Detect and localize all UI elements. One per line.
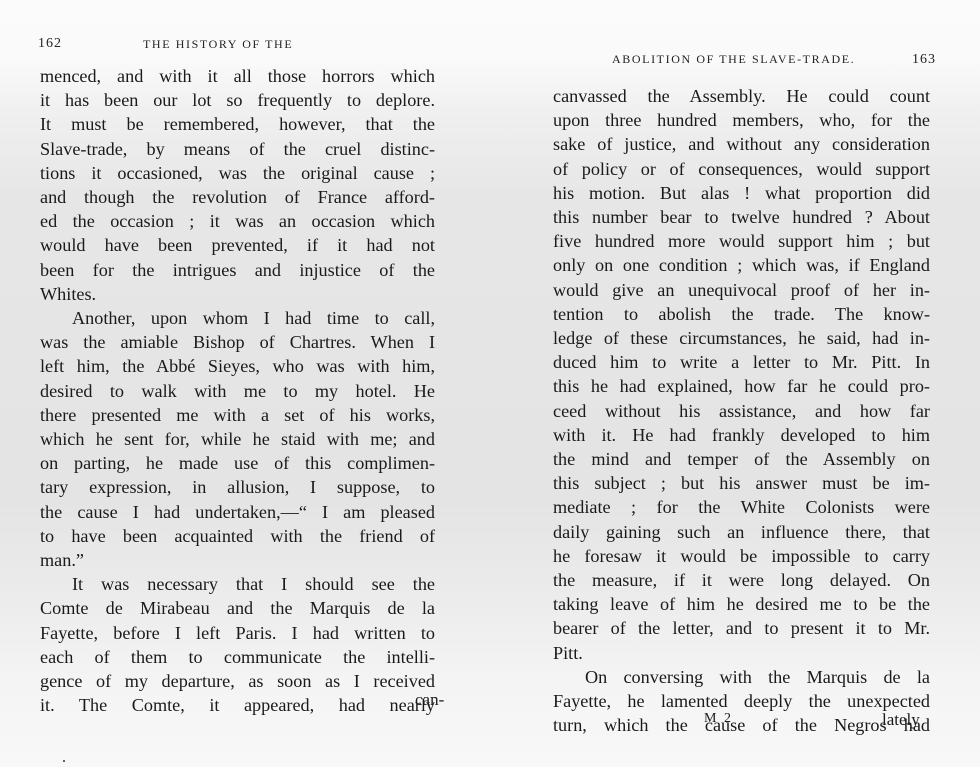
body-text: canvassed the Assembly. He could count u…: [553, 84, 930, 737]
running-head: THE HISTORY OF THE: [143, 37, 293, 52]
text-line: the measure, if it were long delayed. On: [553, 568, 930, 592]
catchword: can-: [415, 690, 444, 710]
text-line: Fayette, he lamented deeply the unexpect…: [553, 689, 930, 713]
text-line: ceed without his assistance, and how far: [553, 399, 930, 423]
text-line: five hundred more would support him ; bu…: [553, 229, 930, 253]
text-line: It must be remembered, however, that the: [40, 112, 435, 136]
text-line: menced, and with it all those horrors wh…: [40, 64, 435, 88]
text-line: desired to walk with me to my hotel. He: [40, 379, 435, 403]
text-line: taking leave of him he desired me to be …: [553, 592, 930, 616]
text-line: tention to abolish the trade. The know-: [553, 302, 930, 326]
text-line: the cause I had undertaken,—“ I am pleas…: [40, 500, 435, 524]
text-line: man.”: [40, 548, 435, 572]
text-line: ledge of these circumstances, he said, h…: [553, 326, 930, 350]
left-page: 162 THE HISTORY OF THE menced, and with …: [0, 0, 480, 767]
text-line: only on one condition ; which was, if En…: [553, 253, 930, 277]
text-line: sake of justice, and without any conside…: [553, 132, 930, 156]
text-line: there presented me with a set of his wor…: [40, 403, 435, 427]
text-line: Whites.: [40, 282, 435, 306]
text-line: his motion. But alas ! what proportion d…: [553, 181, 930, 205]
text-line: been for the intrigues and injustice of …: [40, 258, 435, 282]
text-line: Slave-trade, by means of the cruel disti…: [40, 137, 435, 161]
text-line: upon three hundred members, who, for the: [553, 108, 930, 132]
text-line: gence of my departure, as soon as I rece…: [40, 669, 435, 693]
text-line: On conversing with the Marquis de la: [553, 665, 930, 689]
text-line: would give an unequivocal proof of her i…: [553, 278, 930, 302]
text-line: was the amiable Bishop of Chartres. When…: [40, 330, 435, 354]
text-line: this he had explained, how far he could …: [553, 374, 930, 398]
text-line: turn, which the cause of the Negros had: [553, 713, 930, 737]
text-line: this number bear to twelve hundred ? Abo…: [553, 205, 930, 229]
text-line: bearer of the letter, and to present it …: [553, 616, 930, 640]
text-line: Comte de Mirabeau and the Marquis de la: [40, 596, 435, 620]
text-line: the mind and temper of the Assembly on: [553, 447, 930, 471]
text-line: daily gaining such an influence there, t…: [553, 520, 930, 544]
running-head: ABOLITION OF THE SLAVE-TRADE.: [612, 52, 855, 67]
text-line: it has been our lot so frequently to dep…: [40, 88, 435, 112]
text-line: tary expression, in allusion, I suppose,…: [40, 475, 435, 499]
text-line: this subject ; but his answer must be im…: [553, 471, 930, 495]
text-line: would have been prevented, if it had not: [40, 233, 435, 257]
text-line: and though the revolution of France affo…: [40, 185, 435, 209]
text-line: Another, upon whom I had time to call,: [40, 306, 435, 330]
print-speck: [63, 760, 65, 762]
page-number: 162: [38, 36, 62, 52]
book-spread: 162 THE HISTORY OF THE menced, and with …: [0, 0, 980, 767]
text-line: of policy or of consequences, would supp…: [553, 157, 930, 181]
text-line: Fayette, before I left Paris. I had writ…: [40, 621, 435, 645]
text-line: It was necessary that I should see the: [40, 572, 435, 596]
text-line: left him, the Abbé Sieyes, who was with …: [40, 354, 435, 378]
right-page: ABOLITION OF THE SLAVE-TRADE. 163 canvas…: [490, 0, 980, 767]
text-line: canvassed the Assembly. He could count: [553, 84, 930, 108]
text-line: on parting, he made use of this complime…: [40, 451, 435, 475]
body-text: menced, and with it all those horrors wh…: [40, 64, 435, 717]
signature-mark: M 2: [704, 711, 733, 727]
text-line: duced him to write a letter to Mr. Pitt.…: [553, 350, 930, 374]
text-line: Pitt.: [553, 641, 930, 665]
text-line: with it. He had frankly developed to him: [553, 423, 930, 447]
page-number: 163: [912, 52, 936, 68]
text-line: mediate ; for the White Colonists were: [553, 495, 930, 519]
text-line: ed the occasion ; it was an occasion whi…: [40, 209, 435, 233]
text-line: which he sent for, while he staid with m…: [40, 427, 435, 451]
text-line: he foresaw it would be impossible to car…: [553, 544, 930, 568]
text-line: tions it occasioned, was the original ca…: [40, 161, 435, 185]
text-line: each of them to communicate the intelli-: [40, 645, 435, 669]
text-line: to have been acquainted with the friend …: [40, 524, 435, 548]
catchword: lately: [882, 710, 920, 730]
text-line: it. The Comte, it appeared, had nearly: [40, 693, 435, 717]
